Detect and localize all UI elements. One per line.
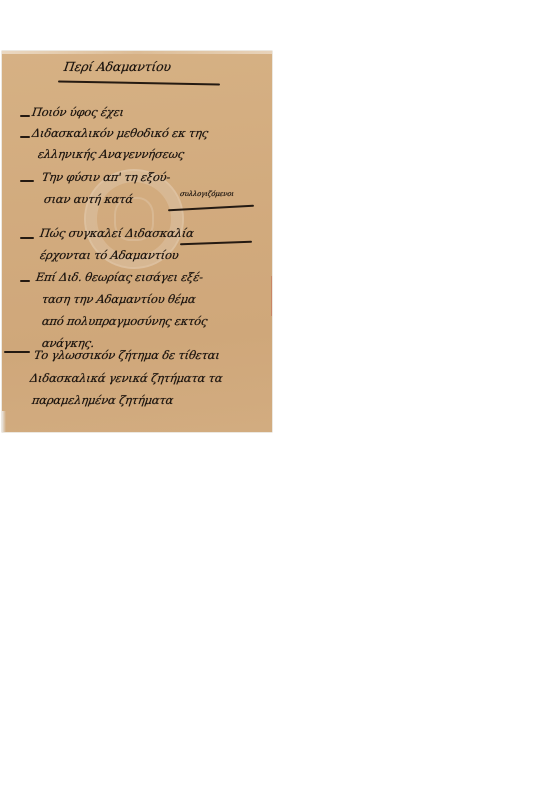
note-line: σιαν αυτή κατά [43,192,134,206]
note-line: από πολυπραγμοσύνης εκτός [41,314,208,328]
bullet-dash [20,115,30,117]
note-line: Διδασκαλικά γενικά ζητήματα τα [29,371,223,385]
scanned-handwritten-note: Περί Αδαμαντίου Ποιόν ύφος έχει Διδασκαλ… [2,51,272,432]
title-underline [58,80,220,85]
note-title: Περί Αδαμαντίου [63,59,172,74]
paper-torn-edge [2,411,6,432]
note-line: Το γλωσσικόν ζήτημα δε τίθεται [33,348,221,362]
note-line: έρχονται τό Αδαμαντίου [39,248,180,262]
paper-margin-mark [271,276,272,316]
note-line: παραμελημένα ζητήματα [31,393,174,407]
note-annotation: συλλογιζόμενοι [179,190,234,198]
bullet-dash [4,351,30,353]
bullet-dash [20,136,30,138]
note-line: Διδασκαλικόν μεθοδικό εκ της [31,126,209,140]
note-line: Επί Διδ. θεωρίας εισάγει εξέ- [35,270,204,284]
page-canvas: Περί Αδαμαντίου Ποιόν ύφος έχει Διδασκαλ… [0,0,549,800]
bullet-dash [20,180,34,182]
note-line: Ποιόν ύφος έχει [31,105,125,119]
bullet-dash [20,237,34,239]
emphasis-underline [180,241,252,245]
note-line: Πώς συγκαλεί Διδασκαλία [39,226,195,240]
note-line: Την φύσιν απ' τη εξού- [41,170,171,184]
note-line: ελληνικής Αναγεννήσεως [37,147,185,161]
note-line: ταση την Αδαμαντίου θέμα [41,292,197,306]
bullet-dash [20,280,30,282]
